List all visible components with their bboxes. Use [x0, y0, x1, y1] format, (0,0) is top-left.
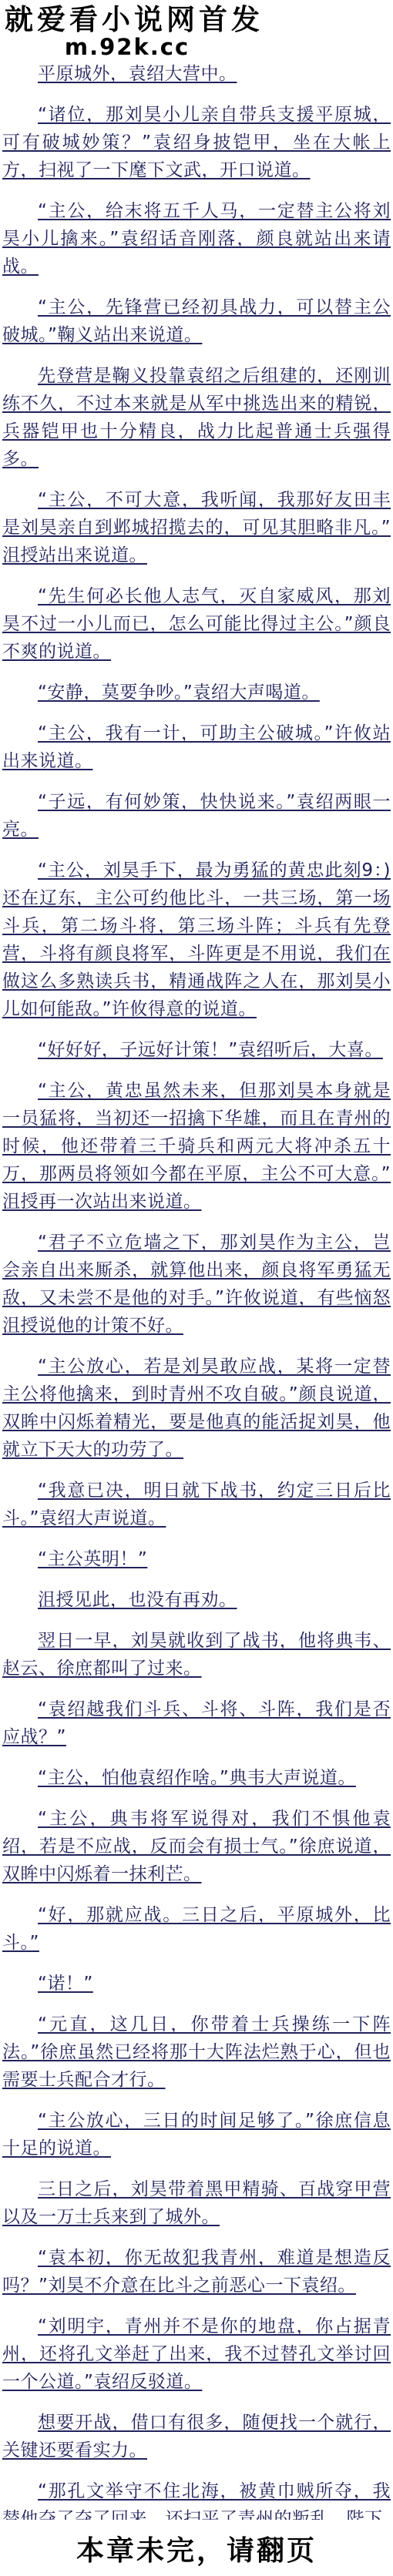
- paragraph-13: “主公，黄忠虽然未来，但那刘昊本身就是一员猛将，当初还一招擒下华雄，而且在青州的…: [2, 1077, 391, 1216]
- paragraph-2: “诸位，那刘昊小儿亲自带兵支援平原城，可有破城妙策？”袁绍身披铠甲，坐在大帐上方…: [2, 101, 391, 184]
- paragraph-19: 翌日一早，刘昊就收到了战书，他将典韦、赵云、徐庶都叫了过来。: [2, 1627, 391, 1682]
- paragraph-23: “好，那就应战。三日之后，平原城外，比斗。”: [2, 1901, 391, 1957]
- paragraph-11: “主公，刘昊手下，最为勇猛的黄忠此刻9：)还在辽东，主公可约他比斗，一共三场，第…: [2, 857, 391, 1023]
- paragraph-9: “主公，我有一计，可助主公破城。”许攸站出来说道。: [2, 719, 391, 775]
- paragraph-25: “元直，这几日，你带着士兵操练一下阵法。”徐庶虽然已经将那十大阵法烂熟于心，但也…: [2, 2011, 391, 2094]
- paragraph-24: “诺！”: [2, 1970, 391, 1997]
- paragraph-14: “君子不立危墙之下，那刘昊作为主公，岂会亲自出来厮杀，就算他出来，颜良将军勇猛无…: [2, 1229, 391, 1340]
- paragraph-26: “主公放心，三日的时间足够了。”徐庶信息十足的说道。: [2, 2107, 391, 2162]
- paragraph-27: 三日之后，刘昊带着黑甲精骑、百战穿甲营以及一万士兵来到了城外。: [2, 2175, 391, 2231]
- chapter-content: 平原城外，袁绍大营中。“诸位，那刘昊小儿亲自带兵支援平原城，可有破城妙策？”袁绍…: [0, 59, 393, 2533]
- paragraph-22: “主公，典韦将军说得对，我们不惧他袁绍，若是不应战，反而会有损士气。”徐庶说道，…: [2, 1805, 391, 1888]
- site-title: 就爱看小说网首发: [0, 3, 393, 36]
- paragraph-6: “主公，不可大意，我听闻，我那好友田丰是刘昊亲自到邺城招揽去的，可见其胆略非凡。…: [2, 486, 391, 569]
- paragraph-20: “袁绍越我们斗兵、斗将、斗阵，我们是否应战？”: [2, 1696, 391, 1751]
- paragraph-30: 想要开战，借口有很多，随便找一个就行，关键还要看实力。: [2, 2409, 391, 2464]
- paragraph-3: “主公，给末将五千人马，一定替主公将刘昊小儿擒来。”袁绍话音刚落，颜良就站出来请…: [2, 197, 391, 280]
- paragraph-1: 平原城外，袁绍大营中。: [2, 60, 391, 88]
- paragraph-21: “主公，怕他袁绍作啥。”典韦大声说道。: [2, 1764, 391, 1792]
- paragraph-28: “袁本初，你无故犯我青州，难道是想造反吗？”刘昊不介意在比斗之前恶心一下袁绍。: [2, 2244, 391, 2299]
- site-header: 就爱看小说网首发 m.92k.cc: [0, 0, 393, 59]
- novel-page: 就爱看小说网首发 m.92k.cc 平原城外，袁绍大营中。“诸位，那刘昊小儿亲自…: [0, 0, 393, 2576]
- paragraph-7: “先生何必长他人志气，灭自家威风，那刘昊不过一小儿而已，怎么可能比得过主公。”颜…: [2, 582, 391, 666]
- paragraph-17: “主公英明！”: [2, 1545, 391, 1573]
- paragraph-12: “好好好，子远好计策！”袁绍听后，大喜。: [2, 1036, 391, 1064]
- paragraph-4: “主公，先锋营已经初具战力，可以替主公破城。”鞠义站出来说道。: [2, 293, 391, 349]
- paragraph-15: “主公放心，若是刘昊敢应战，某将一定替主公将他擒来，到时青州不攻自破。”颜良说道…: [2, 1353, 391, 1464]
- page-turn-notice[interactable]: 本章未完，请翻页: [0, 2520, 393, 2576]
- paragraph-10: “子远，有何妙策，快快说来。”袁绍两眼一亮。: [2, 788, 391, 844]
- paragraph-16: “我意已决，明日就下战书，约定三日后比斗。”袁绍大声说道。: [2, 1477, 391, 1532]
- paragraph-8: “安静，莫要争吵。”袁绍大声喝道。: [2, 679, 391, 706]
- paragraph-18: 沮授见此，也没有再劝。: [2, 1586, 391, 1614]
- paragraph-29: “刘明宇，青州并不是你的地盘，你占据青州，还将孔文举赶了出来，我不过替孔文举讨回…: [2, 2313, 391, 2396]
- site-url: m.92k.cc: [0, 36, 254, 59]
- paragraph-5: 先登营是鞠义投靠袁绍之后组建的，还刚训练不久，不过本来就是从军中挑选出来的精锐，…: [2, 362, 391, 473]
